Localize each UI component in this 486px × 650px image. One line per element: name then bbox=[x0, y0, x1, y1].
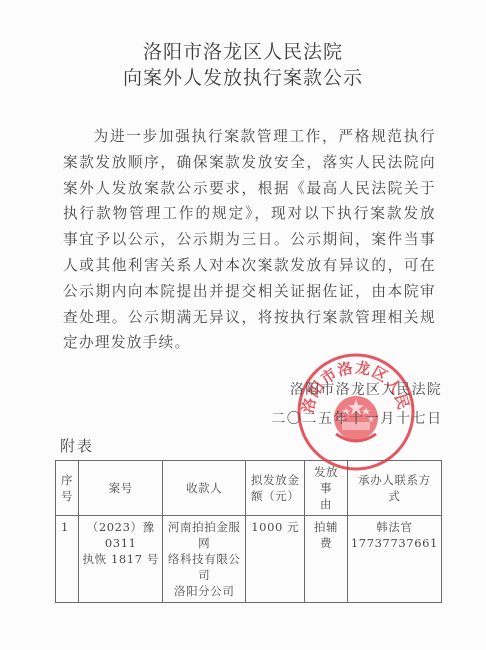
contact-phone: 17737737661 bbox=[351, 535, 438, 551]
document-title-court: 洛阳市洛龙区人民法院 bbox=[0, 37, 486, 64]
cell-reason: 拍辅费 bbox=[305, 516, 348, 603]
contact-name: 韩法官 bbox=[351, 519, 438, 535]
column-header-index: 序 号 bbox=[56, 461, 79, 516]
appendix-label: 附表 bbox=[60, 435, 94, 456]
document-page: 洛阳市洛龙区人民法院 向案外人发放执行案款公示 为进一步加强执行案款管理工作，严… bbox=[0, 0, 486, 650]
cell-amount: 1000 元 bbox=[246, 516, 305, 603]
cell-contact: 韩法官 17737737661 bbox=[347, 516, 441, 603]
signature-organization: 洛阳市洛龙区人民法院 bbox=[276, 379, 456, 399]
cell-case-number: （2023）豫 0311 执恢 1817 号 bbox=[79, 516, 163, 603]
disbursement-table: 序 号 案号 收款人 拟发放金 额（元） 发放事 由 承办人 bbox=[55, 460, 442, 603]
signature-date: 二〇二五年十一月十七日 bbox=[262, 408, 452, 428]
table-row: 1 （2023）豫 0311 执恢 1817 号 河南拍拍金服网 络科技有限公司… bbox=[56, 516, 442, 603]
body-paragraph: 为进一步加强执行案款管理工作，严格规范执行案款发放顺序，确保案款发放安全，落实人… bbox=[63, 124, 436, 356]
column-header-case-number: 案号 bbox=[79, 461, 163, 516]
column-header-payee: 收款人 bbox=[163, 461, 246, 516]
document-title-subject: 向案外人发放执行案款公示 bbox=[0, 63, 486, 90]
cell-index: 1 bbox=[56, 516, 79, 603]
cell-payee: 河南拍拍金服网 络科技有限公司 洛阳分公司 bbox=[163, 516, 246, 603]
